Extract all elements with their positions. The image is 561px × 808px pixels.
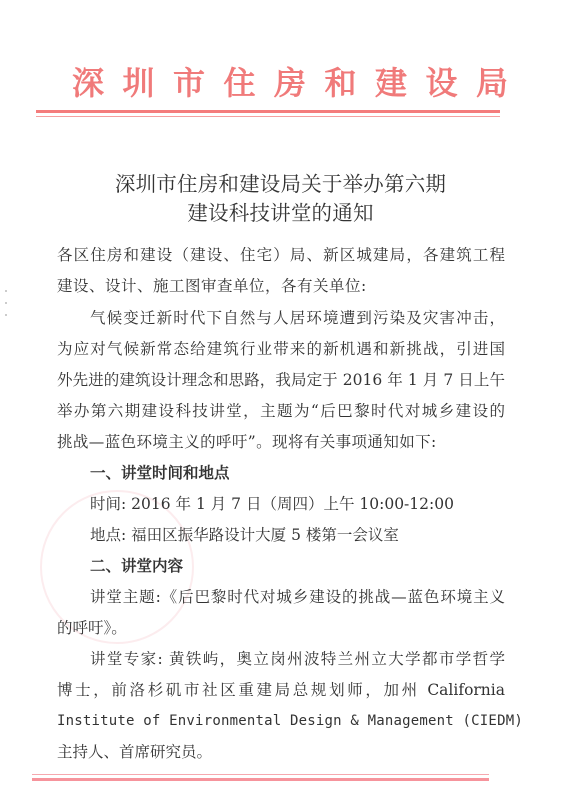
letterhead-char: 房 [272, 58, 308, 104]
scan-margin-marks [5, 280, 11, 340]
intro-line-4: 举办第六期建设科技讲堂，主题为“后巴黎时代对城乡建设的 [57, 401, 505, 421]
letterhead-char: 局 [474, 58, 510, 104]
topic-line-2: 的呼吁》。 [57, 618, 505, 638]
intro-line-1: 气候变迁新时代下自然与人居环境遭到污染及灾害冲击， [90, 308, 505, 328]
letterhead-divider-thick [36, 110, 500, 113]
intro-line-5: 挑战—蓝色环境主义的呼吁”。现将有关事项通知如下: [57, 432, 505, 452]
salutation-line-1: 各区住房和建设（建设、住宅）局、新区城建局，各建筑工程 [57, 245, 505, 265]
letterhead-char: 住 [222, 58, 258, 104]
letterhead-char: 建 [373, 58, 409, 104]
letterhead-char: 圳 [121, 58, 157, 104]
letterhead-char: 设 [424, 58, 460, 104]
expert-line-3: Institute of Environmental Design & Mana… [57, 711, 505, 731]
letterhead-char: 深 [70, 58, 106, 104]
footer-divider-thin [32, 774, 489, 775]
event-location: 地点: 福田区振华路设计大厦 5 楼第一会议室 [90, 525, 505, 545]
letterhead-char: 和 [323, 58, 359, 104]
topic-line-1: 讲堂主题:《后巴黎时代对城乡建设的挑战—蓝色环境主义 [90, 587, 505, 607]
document-title-line-2: 建设科技讲堂的通知 [0, 196, 561, 226]
event-time: 时间: 2016 年 1 月 7 日（周四）上午 10:00-12:00 [90, 494, 505, 514]
document-title-line-1: 深圳市住房和建设局关于举办第六期 [0, 167, 561, 197]
intro-line-3: 外先进的建筑设计理念和思路，我局定于 2016 年 1 月 7 日上午 [57, 370, 505, 390]
letterhead-divider-thin [36, 116, 500, 117]
expert-line-2: 博士，前洛杉矶市社区重建局总规划师，加州 California [57, 680, 505, 700]
salutation-line-2: 建设、设计、施工图审查单位，各有关单位: [57, 276, 505, 296]
expert-line-1: 讲堂专家: 黄铁屿，奥立岗州波特兰州立大学都市学哲学 [90, 649, 505, 669]
section-heading-time-place: 一、讲堂时间和地点 [90, 463, 505, 483]
letterhead-title: 深 圳 市 住 房 和 建 设 局 [70, 60, 510, 102]
letterhead-char: 市 [171, 58, 207, 104]
footer-divider-thick [32, 778, 489, 781]
intro-line-2: 为应对气候新常态给建筑行业带来的新机遇和新挑战，引进国 [57, 339, 505, 359]
section-heading-content: 二、讲堂内容 [90, 556, 505, 576]
expert-line-4: 主持人、首席研究员。 [57, 742, 505, 762]
